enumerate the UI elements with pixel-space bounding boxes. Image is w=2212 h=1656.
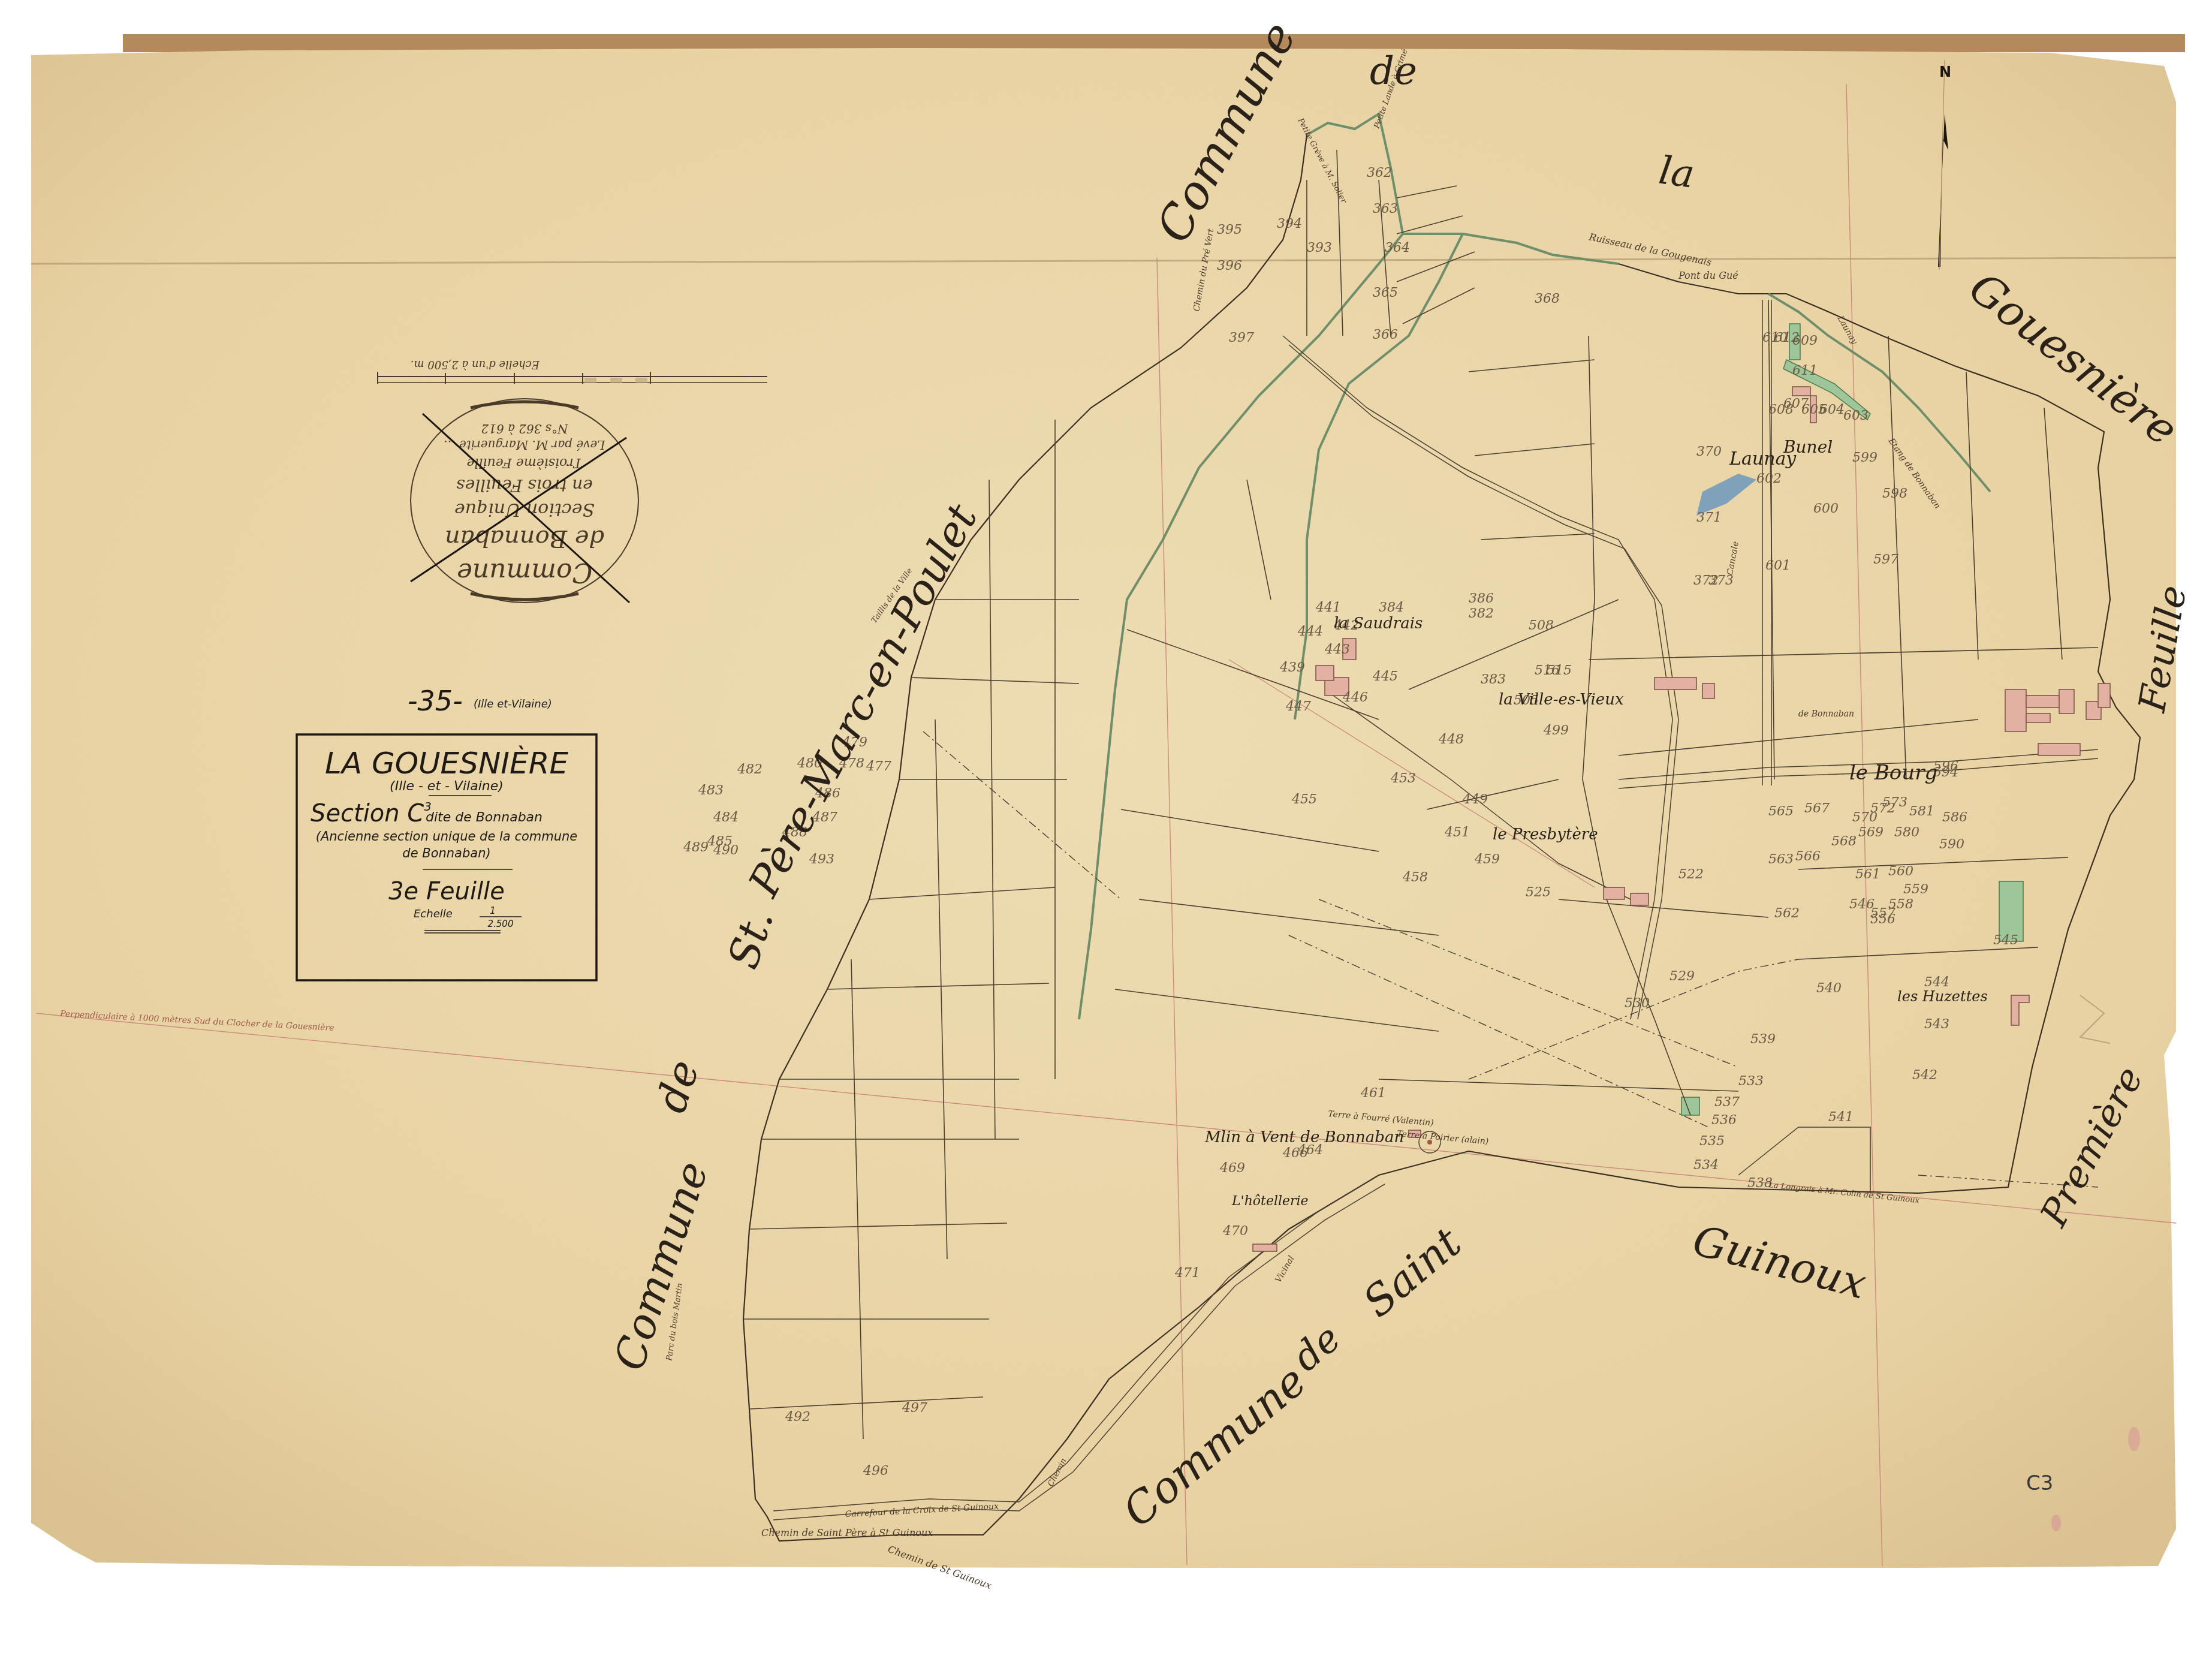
building-le-bourg (2038, 743, 2080, 755)
parcel-number: 530 (1625, 996, 1650, 1011)
label-chemin-st-pere: Chemin de Saint Père à St Guinoux (761, 1527, 933, 1538)
place-le-presbytere: le Presbytère (1493, 826, 1598, 844)
parcel-number: 365 (1373, 285, 1398, 300)
building-lhotellerie (1253, 1244, 1277, 1251)
parcel-number: 598 (1882, 486, 1907, 501)
section-note-1: (Ancienne section unique de la commune (316, 829, 578, 844)
north-label: N (1939, 64, 1951, 80)
parcel-number: 525 (1526, 885, 1551, 900)
building-le-bourg (2005, 690, 2026, 731)
parcel-number: 470 (1222, 1224, 1248, 1239)
parcel-number: 541 (1828, 1110, 1854, 1125)
place-bunel: Bunel (1783, 437, 1833, 457)
parcel-number: 562 (1774, 906, 1800, 921)
parcel-number: 453 (1390, 771, 1416, 786)
parcel-number: 363 (1373, 201, 1398, 216)
parcel-number: 560 (1888, 864, 1913, 879)
parcel-number: 581 (1909, 804, 1934, 819)
scale-caption: Echelle d'un à 2,500 m. (411, 358, 540, 371)
parcel-number: 499 (1543, 723, 1569, 738)
department-number: -35- (408, 685, 463, 717)
parcel-number: 529 (1669, 969, 1695, 984)
parcel-number: 599 (1852, 450, 1878, 465)
parcel-number: 447 (1285, 699, 1311, 714)
parcel-number: 567 (1804, 801, 1830, 816)
parcel-number: 580 (1894, 825, 1919, 840)
parcel-number: 536 (1711, 1113, 1737, 1128)
parcel-number: 366 (1373, 327, 1398, 342)
parcel-number: 482 (737, 762, 763, 777)
parcel-number: 543 (1924, 1017, 1949, 1032)
scale-denominator: 2.500 (488, 919, 514, 929)
parcel-number: 445 (1372, 669, 1398, 684)
parcel-number: 545 (1993, 933, 2018, 948)
parcel-number: 565 (1768, 804, 1794, 819)
parcel-number: 559 (1903, 882, 1928, 897)
parcel-number: 469 (1219, 1161, 1245, 1176)
parcel-number: 586 (1942, 810, 1967, 825)
parcel-number: 455 (1291, 792, 1317, 807)
parcel-number: 608 (1768, 402, 1794, 417)
parcel-number: 397 (1229, 330, 1254, 345)
parcel-number: 448 (1438, 732, 1464, 747)
parcel-number: 602 (1756, 471, 1782, 486)
parcel-number: 446 (1342, 690, 1368, 705)
parcel-number: 590 (1939, 837, 1964, 852)
parcel-number: 490 (713, 843, 739, 858)
parcel-number: 444 (1297, 624, 1323, 639)
old-cartouche-line: de Bonnaban (445, 525, 604, 552)
parcel-number: 384 (1379, 600, 1404, 615)
parcel-number: 484 (713, 810, 739, 825)
building-le-bourg (2026, 695, 2062, 707)
parcel-number: 612 (1774, 330, 1800, 345)
parcel-number: 364 (1385, 240, 1410, 255)
scale-label: Echelle (414, 908, 453, 920)
label-pont-du-gue: Pont du Gué (1678, 270, 1738, 281)
parcel-number: 497 (902, 1401, 927, 1416)
label-de-bonnaban: de Bonnaban (1798, 709, 1854, 719)
parcel-number: 451 (1444, 825, 1470, 840)
commune-department: (Ille - et - Vilaine) (390, 779, 504, 794)
parcel-number: 539 (1750, 1032, 1776, 1047)
parcel-number: 508 (1529, 618, 1554, 633)
building-le-bourg (2098, 684, 2110, 707)
old-cartouche-line: Commune (457, 557, 592, 588)
parcel-number: 569 (1858, 825, 1883, 840)
old-cartouche-line: N°s 362 à 612 (481, 421, 568, 436)
building-la-ville-es-vieux (1702, 684, 1714, 698)
building-le-bourg (2026, 713, 2050, 722)
department-name: (Ille et-Vilaine) (474, 698, 552, 710)
parcel-number: 533 (1738, 1074, 1764, 1089)
parcel-number: 386 (1469, 591, 1494, 606)
place-le-bourg: le Bourg (1849, 761, 1937, 785)
meadow-plot (1681, 1097, 1699, 1115)
place-moulin: Mlin à Vent de Bonnaban (1204, 1128, 1404, 1146)
parcel-number: 537 (1714, 1095, 1740, 1110)
building-presbytere (1604, 887, 1625, 899)
old-cartouche-line: Section Unique (454, 499, 595, 520)
old-cartouche-line: en trois Feuilles (456, 475, 593, 495)
parcel-number: 383 (1481, 672, 1506, 687)
building-la-ville-es-vieux (1655, 678, 1696, 690)
parcel-number: 601 (1765, 558, 1791, 573)
parcel-number: 396 (1217, 258, 1242, 273)
building-launay (1792, 387, 1810, 396)
parcel-number: 573 (1882, 795, 1907, 810)
parcel-number: 603 (1843, 408, 1869, 423)
parcel-number: 540 (1816, 981, 1842, 996)
parcel-number: 535 (1699, 1134, 1725, 1149)
old-cartouche-line: Troisième Feuille (466, 455, 582, 470)
parcel-number: 394 (1277, 216, 1302, 231)
commune-title: LA GOUESNIÈRE (325, 745, 568, 781)
place-lhotellerie: L'hôtellerie (1231, 1194, 1309, 1209)
parcel-number: 382 (1469, 606, 1494, 621)
parcel-number: 611 (1792, 363, 1818, 378)
parcel-number: 496 (863, 1464, 888, 1479)
parcel-number: 458 (1402, 870, 1428, 885)
place-la-ville-es-vieux: la Ville-es-Vieux (1499, 691, 1624, 709)
parcel-number: 483 (698, 783, 724, 798)
stain (2128, 1427, 2140, 1451)
parcel-number: 597 (1873, 552, 1898, 567)
parcel-number: 600 (1813, 501, 1839, 516)
old-cartouche-line: Levé par M. Marguerite ... (444, 438, 605, 452)
label-la-north: la (1656, 149, 1697, 197)
parcel-number: 395 (1217, 222, 1242, 237)
building-church (2059, 690, 2074, 713)
parcel-number: 489 (683, 840, 709, 855)
place-les-huzettes: les Huzettes (1897, 988, 1988, 1005)
stain (2051, 1515, 2061, 1531)
parcel-number: 542 (1912, 1068, 1937, 1083)
parcel-number: 534 (1693, 1158, 1719, 1173)
parcel-number: 393 (1307, 240, 1332, 255)
parcel-number: 516 (1535, 663, 1560, 678)
parcel-number: 477 (866, 759, 891, 774)
cadastral-map: 3623633643653663683933943953963973703713… (0, 0, 2212, 1656)
parcel-number: 568 (1831, 834, 1857, 849)
section-note-2: de Bonnaban) (402, 846, 490, 860)
parcel-number: 459 (1474, 852, 1500, 867)
parcel-number: 558 (1888, 897, 1913, 912)
parcel-number: 371 (1696, 510, 1722, 525)
parcel-number: 441 (1315, 600, 1341, 615)
scale-numerator: 1 (490, 905, 496, 916)
parcel-number: 566 (1795, 849, 1821, 864)
parcel-number: 522 (1678, 867, 1704, 882)
parcel-number: 370 (1696, 444, 1722, 459)
place-la-saudrais: la Saudrais (1334, 615, 1423, 633)
parcel-number: 493 (809, 852, 834, 867)
parcel-number: 368 (1535, 291, 1560, 306)
parcel-number: 439 (1279, 660, 1305, 675)
parcel-number: 362 (1367, 165, 1392, 180)
parcel-number: 561 (1855, 867, 1880, 882)
parcel-number: 461 (1360, 1086, 1386, 1101)
meadow-plot (1999, 881, 2023, 941)
parcel-number: 443 (1324, 642, 1350, 657)
building-presbytere (1631, 893, 1649, 905)
building-la-saudrais (1316, 666, 1334, 681)
sheet-reference: C3 (2026, 1471, 2053, 1495)
parcel-number: 471 (1174, 1266, 1200, 1281)
parcel-number: 466 (1282, 1146, 1308, 1161)
parcel-number: 563 (1768, 852, 1794, 867)
sheet-number: 3e Feuille (388, 878, 505, 905)
parcel-number: 492 (785, 1410, 810, 1425)
parcel-number: 449 (1462, 792, 1488, 807)
